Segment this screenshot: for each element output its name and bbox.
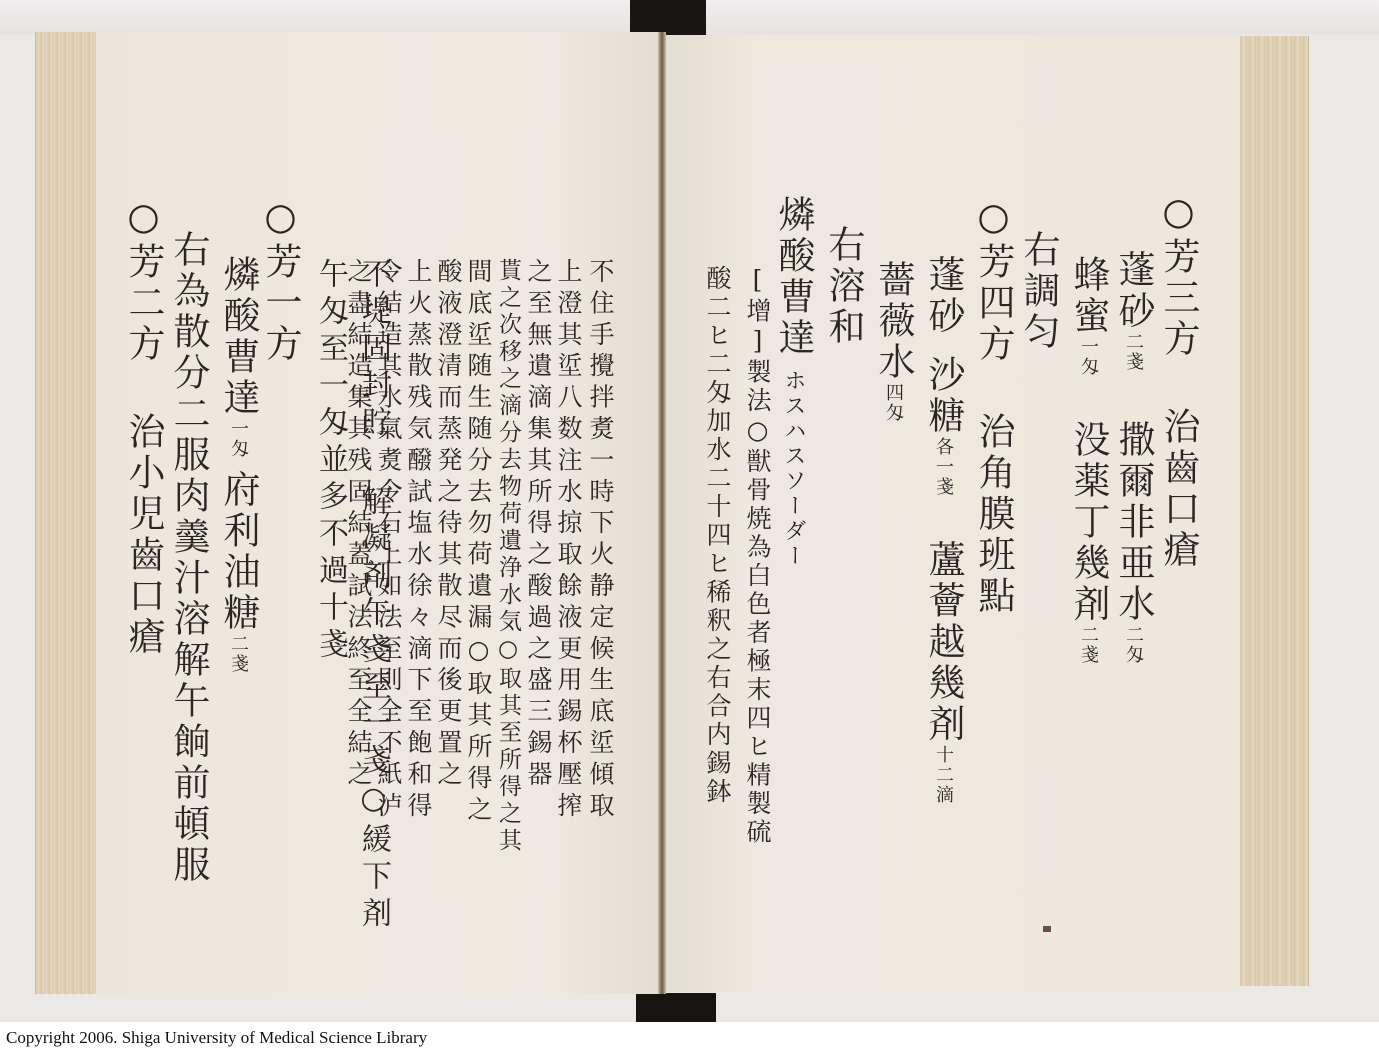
text-column: [增]製法○獣骨焼為白色者極末四ヒ精製硫	[745, 265, 770, 847]
column-text: 右為散分二服肉羹汁溶解午餉前頓服	[167, 230, 210, 886]
column-text: 府利油糖	[217, 470, 260, 634]
column-text: ○芳二方 治小児齒口瘡	[122, 195, 165, 658]
column-text: 沙糖	[922, 355, 965, 437]
text-column: 蘆薈越幾剤十二滴	[925, 540, 962, 805]
text-column: 之至無遺滴集其所得之酸過之盛三錫器	[526, 258, 551, 792]
text-column: 右為散分二服肉羹汁溶解午餉前頓服	[170, 230, 207, 886]
text-column: 府利油糖二戔	[220, 470, 257, 674]
text-column: ○芳三方 治齒口瘡	[1160, 190, 1197, 571]
dosage-note: 二戔	[228, 634, 249, 674]
dosage-note: 四匁	[883, 383, 904, 423]
column-text: 酸液澄清而蒸発之待其散尽而後更置之	[434, 258, 463, 792]
text-column: 右溶和	[825, 225, 862, 348]
text-column: 沙糖各一戔	[925, 355, 962, 497]
dosage-note: 各一戔	[933, 437, 954, 497]
text-column: 没薬丁幾剤二戔	[1070, 420, 1107, 665]
text-column: 蓬砂二戔	[1115, 250, 1152, 372]
column-text: 蜂蜜	[1067, 255, 1110, 337]
left-page-edges	[35, 32, 98, 994]
text-column: 燐酸曹達ホスハスソーダー	[775, 195, 812, 569]
column-text: 上火蒸散残気醱試塩水徐々滴下至飽和得	[404, 258, 433, 823]
text-column: 燐酸曹達一匁	[220, 255, 257, 459]
column-text: 間底垽随生随分去勿荷遺漏○取其所得之	[464, 258, 493, 827]
column-text: ○芳三方 治齒口瘡	[1157, 190, 1200, 571]
text-column: ○芳四方 治角膜班點	[975, 195, 1012, 617]
text-column: 不堤固封貯 解凝剤午戔至一戔○緩下剤	[358, 258, 388, 934]
text-column: 撒爾非亜水二匁	[1115, 420, 1152, 665]
text-column: 上澄其垽八数注水掠取餘液更用錫杯壓搾	[556, 258, 581, 823]
text-column: 酸二ヒ二匁加水二十四ヒ稀釈之右合内錫鉢	[705, 265, 730, 807]
column-text: 蓬砂	[1112, 250, 1155, 332]
text-column: 午匁至一匁並多不過十戔	[315, 258, 345, 665]
column-text: 没薬丁幾剤	[1067, 420, 1110, 625]
book-gutter	[658, 32, 666, 994]
dosage-note: 一匁	[1078, 337, 1099, 377]
column-text: 午匁至一匁並多不過十戔	[313, 258, 348, 665]
text-column: 間底垽随生随分去勿荷遺漏○取其所得之	[466, 258, 491, 827]
text-column: ○芳一方	[262, 195, 299, 365]
dosage-note: 一匁	[228, 419, 249, 459]
column-text: 上澄其垽八数注水掠取餘液更用錫杯壓搾	[554, 258, 583, 823]
column-text: 之至無遺滴集其所得之酸過之盛三錫器	[524, 258, 553, 792]
text-column: 上火蒸散残気醱試塩水徐々滴下至飽和得	[406, 258, 431, 823]
book-spine-top	[630, 0, 706, 36]
book-spine-bottom	[636, 993, 716, 1023]
column-text: 不住手攪拌煑一時下火静定候生底垽傾取	[586, 258, 615, 823]
text-column: 酸液澄清而蒸発之待其散尽而後更置之	[436, 258, 461, 792]
right-page-edges	[1238, 36, 1309, 986]
column-text: 不堤固封貯 解凝剤午戔至一戔○緩下剤	[356, 258, 391, 934]
column-text: 蓬砂	[922, 255, 965, 337]
dosage-note: 二戔	[1123, 332, 1144, 372]
ink-spot	[1043, 926, 1051, 932]
text-column: 貰之次移之滴分去物荷遺浄水気○取其至所得之其	[496, 258, 519, 855]
column-text: 燐酸曹達	[772, 195, 815, 359]
text-column: 蜂蜜一匁	[1070, 255, 1107, 377]
column-text: 蘆薈越幾剤	[922, 540, 965, 745]
column-text: ○芳四方 治角膜班點	[972, 195, 1015, 617]
column-text: 貰之次移之滴分去物荷遺浄水気○取其至所得之其	[495, 258, 521, 855]
text-column: ○芳二方 治小児齒口瘡	[125, 195, 162, 658]
text-column: 右調匀	[1020, 230, 1057, 353]
dosage-note: 二匁	[1123, 625, 1144, 665]
column-text: [增]製法○獣骨焼為白色者極末四ヒ精製硫	[743, 265, 772, 847]
column-text: 右調匀	[1017, 230, 1060, 353]
column-text: 燐酸曹達	[217, 255, 260, 419]
text-column: 蓬砂	[925, 255, 962, 337]
column-text: 酸二ヒ二匁加水二十四ヒ稀釈之右合内錫鉢	[703, 265, 732, 807]
text-column: 不住手攪拌煑一時下火静定候生底垽傾取	[588, 258, 613, 823]
column-text: 右溶和	[822, 225, 865, 348]
column-text: 撒爾非亜水	[1112, 420, 1155, 625]
copyright-notice: Copyright 2006. Shiga University of Medi…	[6, 1028, 427, 1048]
column-text: 薔薇水	[872, 260, 915, 383]
kana-reading: ホスハスソーダー	[781, 369, 806, 569]
dosage-note: 二戔	[1078, 625, 1099, 665]
text-column: 薔薇水四匁	[875, 260, 912, 423]
column-text: ○芳一方	[259, 195, 302, 365]
dosage-note: 十二滴	[933, 745, 954, 805]
